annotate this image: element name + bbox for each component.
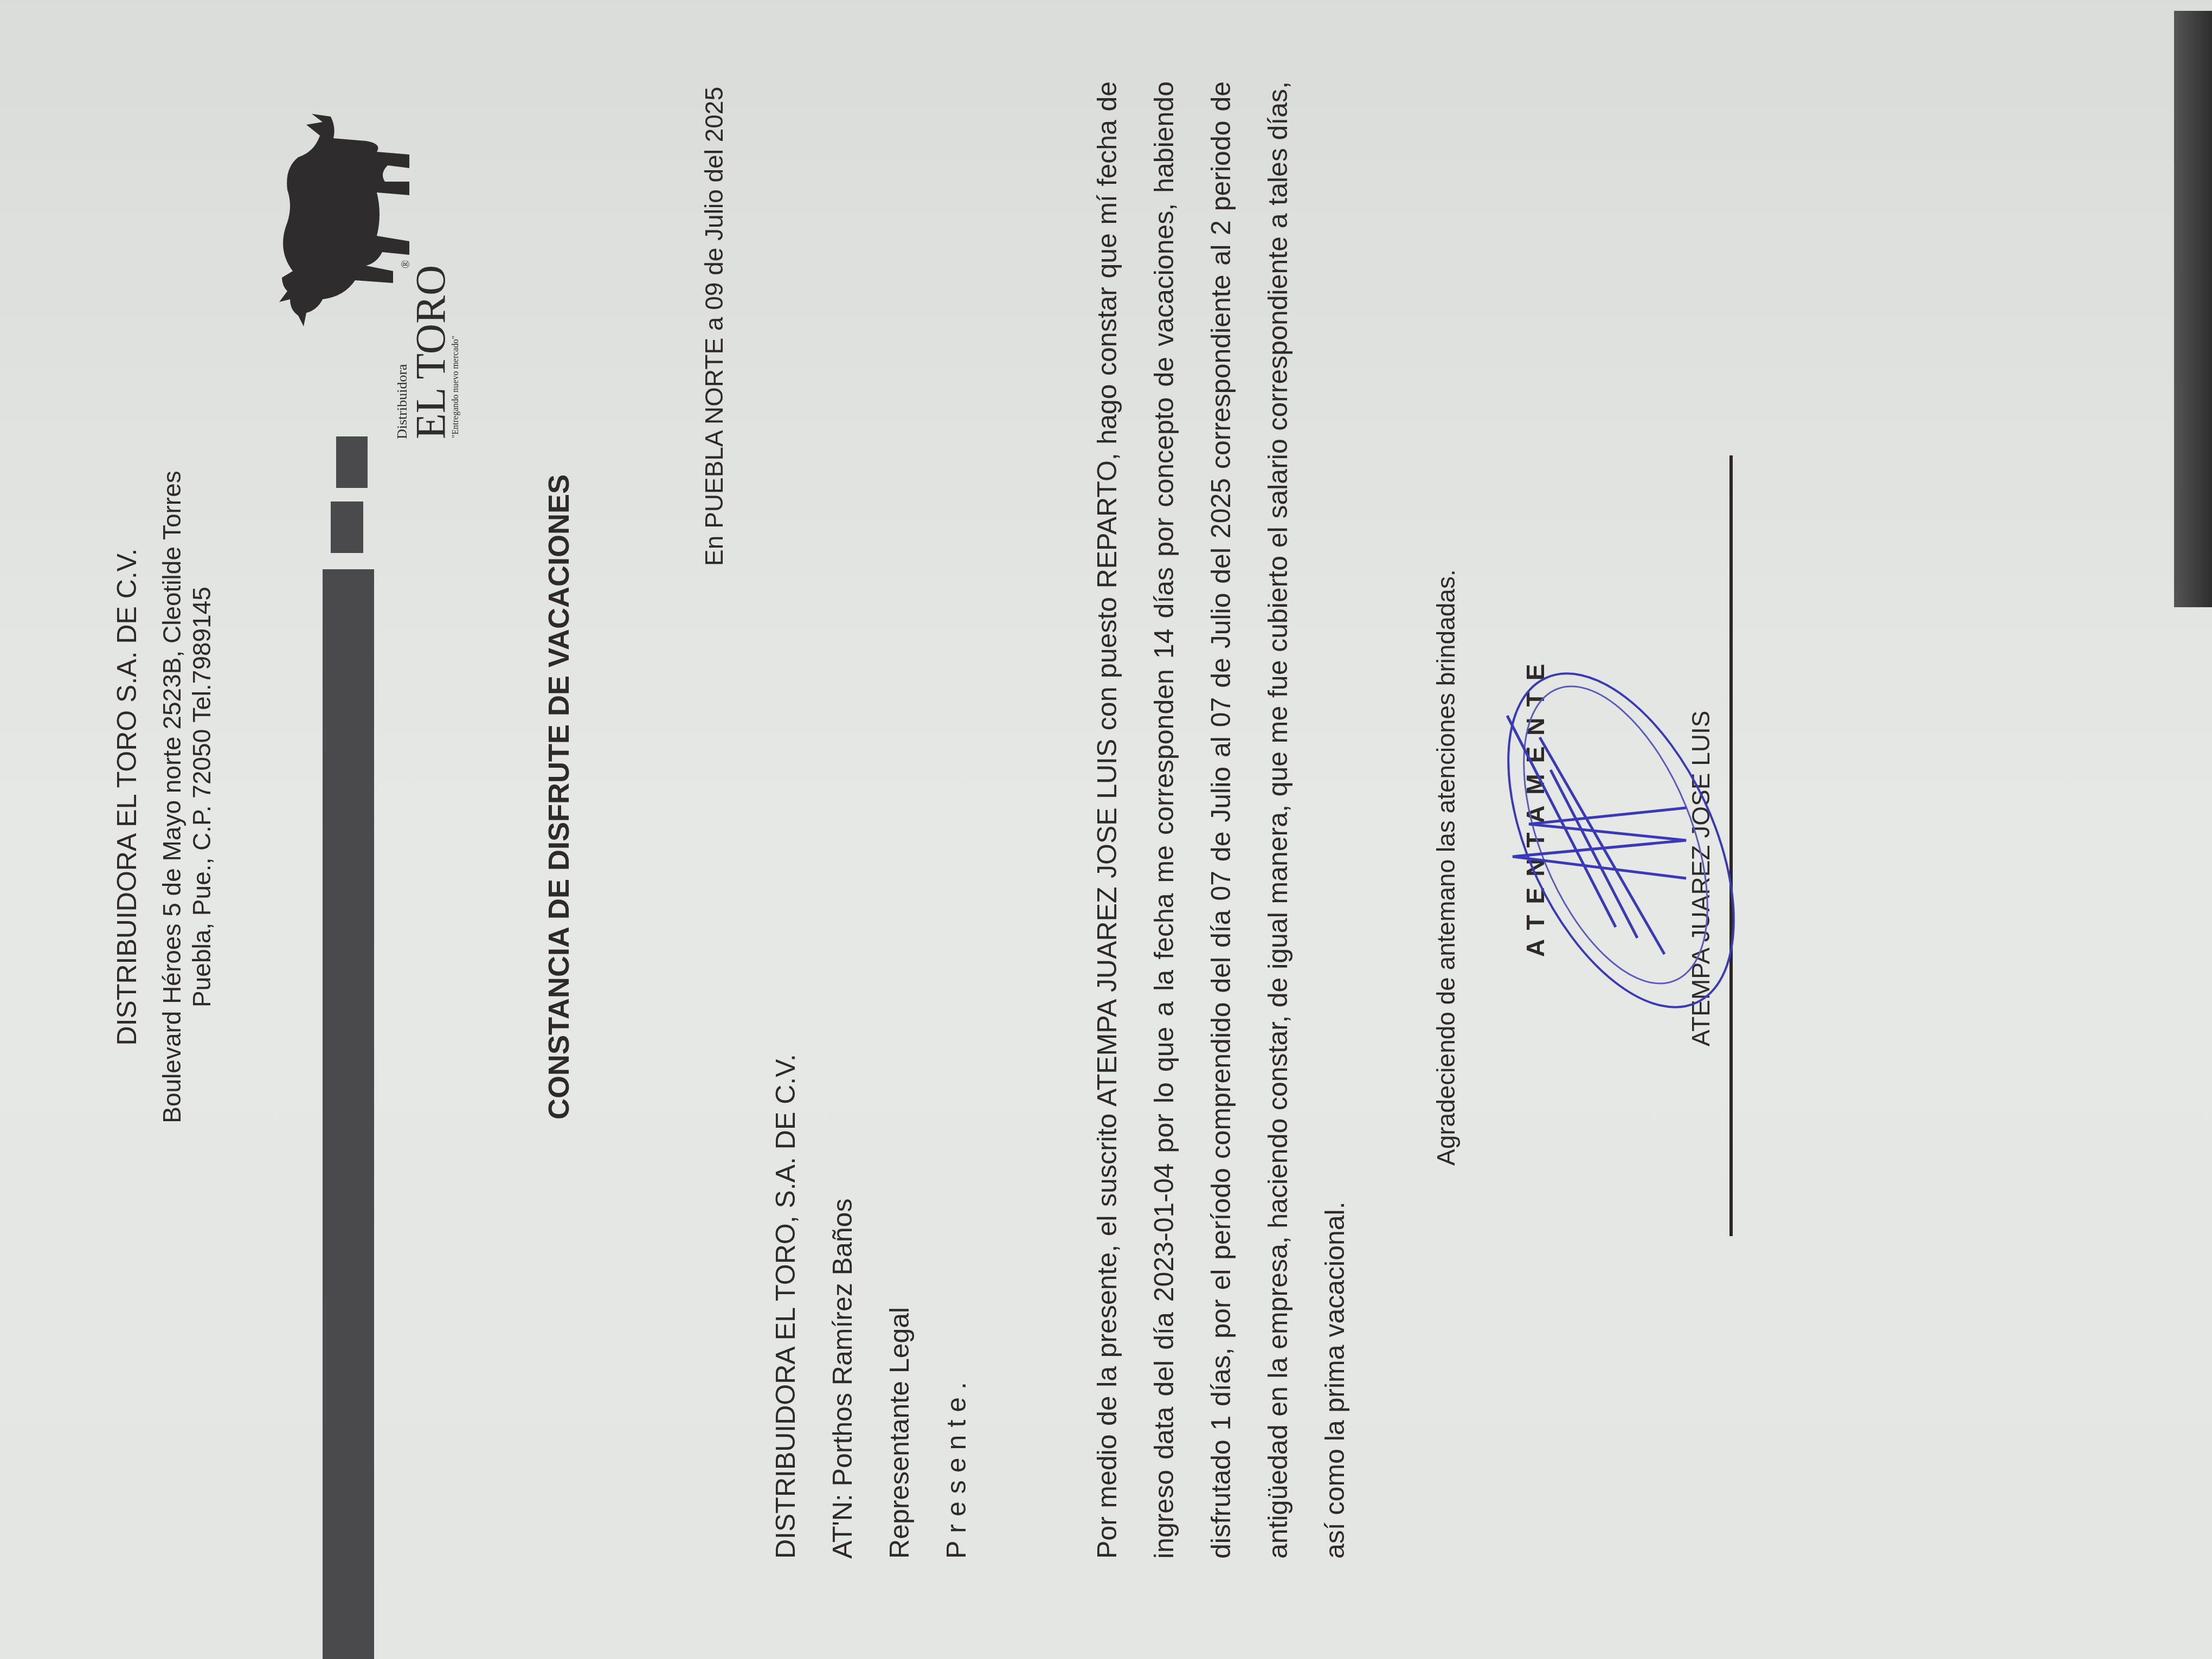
header-address-line-2: Puebla, Pue., C.P. 72050 Tel.7989145 [187, 0, 216, 1659]
header-company-name: DISTRIBUIDORA EL TORO S.A. DE C.V. [111, 0, 143, 1659]
body-paragraph: Por medio de la presente, el suscrito AT… [1079, 81, 1364, 1559]
svg-text:®: ® [400, 260, 412, 268]
recipient-role: Representante Legal [884, 1307, 915, 1559]
bull-icon: Distribuidora EL TORO ® "Entregando nuev… [271, 103, 466, 450]
date-line: En PUEBLA NORTE a 09 de Julio del 2025 [699, 87, 729, 566]
letter-page: DISTRIBUIDORA EL TORO S.A. DE C.V. Boule… [0, 0, 2212, 1659]
table-edge [2174, 11, 2212, 607]
closing-line: Agradeciendo de antemano las atenciones … [1431, 569, 1461, 1166]
decorative-bar-stripe [331, 501, 363, 553]
handwritten-signature [1458, 640, 1762, 1019]
document-title: CONSTANCIA DE DISFRUTE DE VACACIONES [542, 0, 576, 1659]
svg-text:EL TORO: EL TORO [407, 265, 454, 439]
svg-text:"Entregando nuevo mercado": "Entregando nuevo mercado" [451, 336, 460, 438]
recipient-company: DISTRIBUIDORA EL TORO, S.A. DE C.V. [770, 1054, 801, 1559]
header-address-line-1: Boulevard Héroes 5 de Mayo norte 2523B, … [157, 0, 187, 1659]
recipient-attention: AT'N: Porthos Ramírez Baños [827, 1199, 858, 1559]
recipient-greeting: Presente. [941, 1374, 972, 1559]
company-logo: Distribuidora EL TORO ® "Entregando nuev… [271, 103, 466, 450]
decorative-bar [323, 569, 374, 1659]
